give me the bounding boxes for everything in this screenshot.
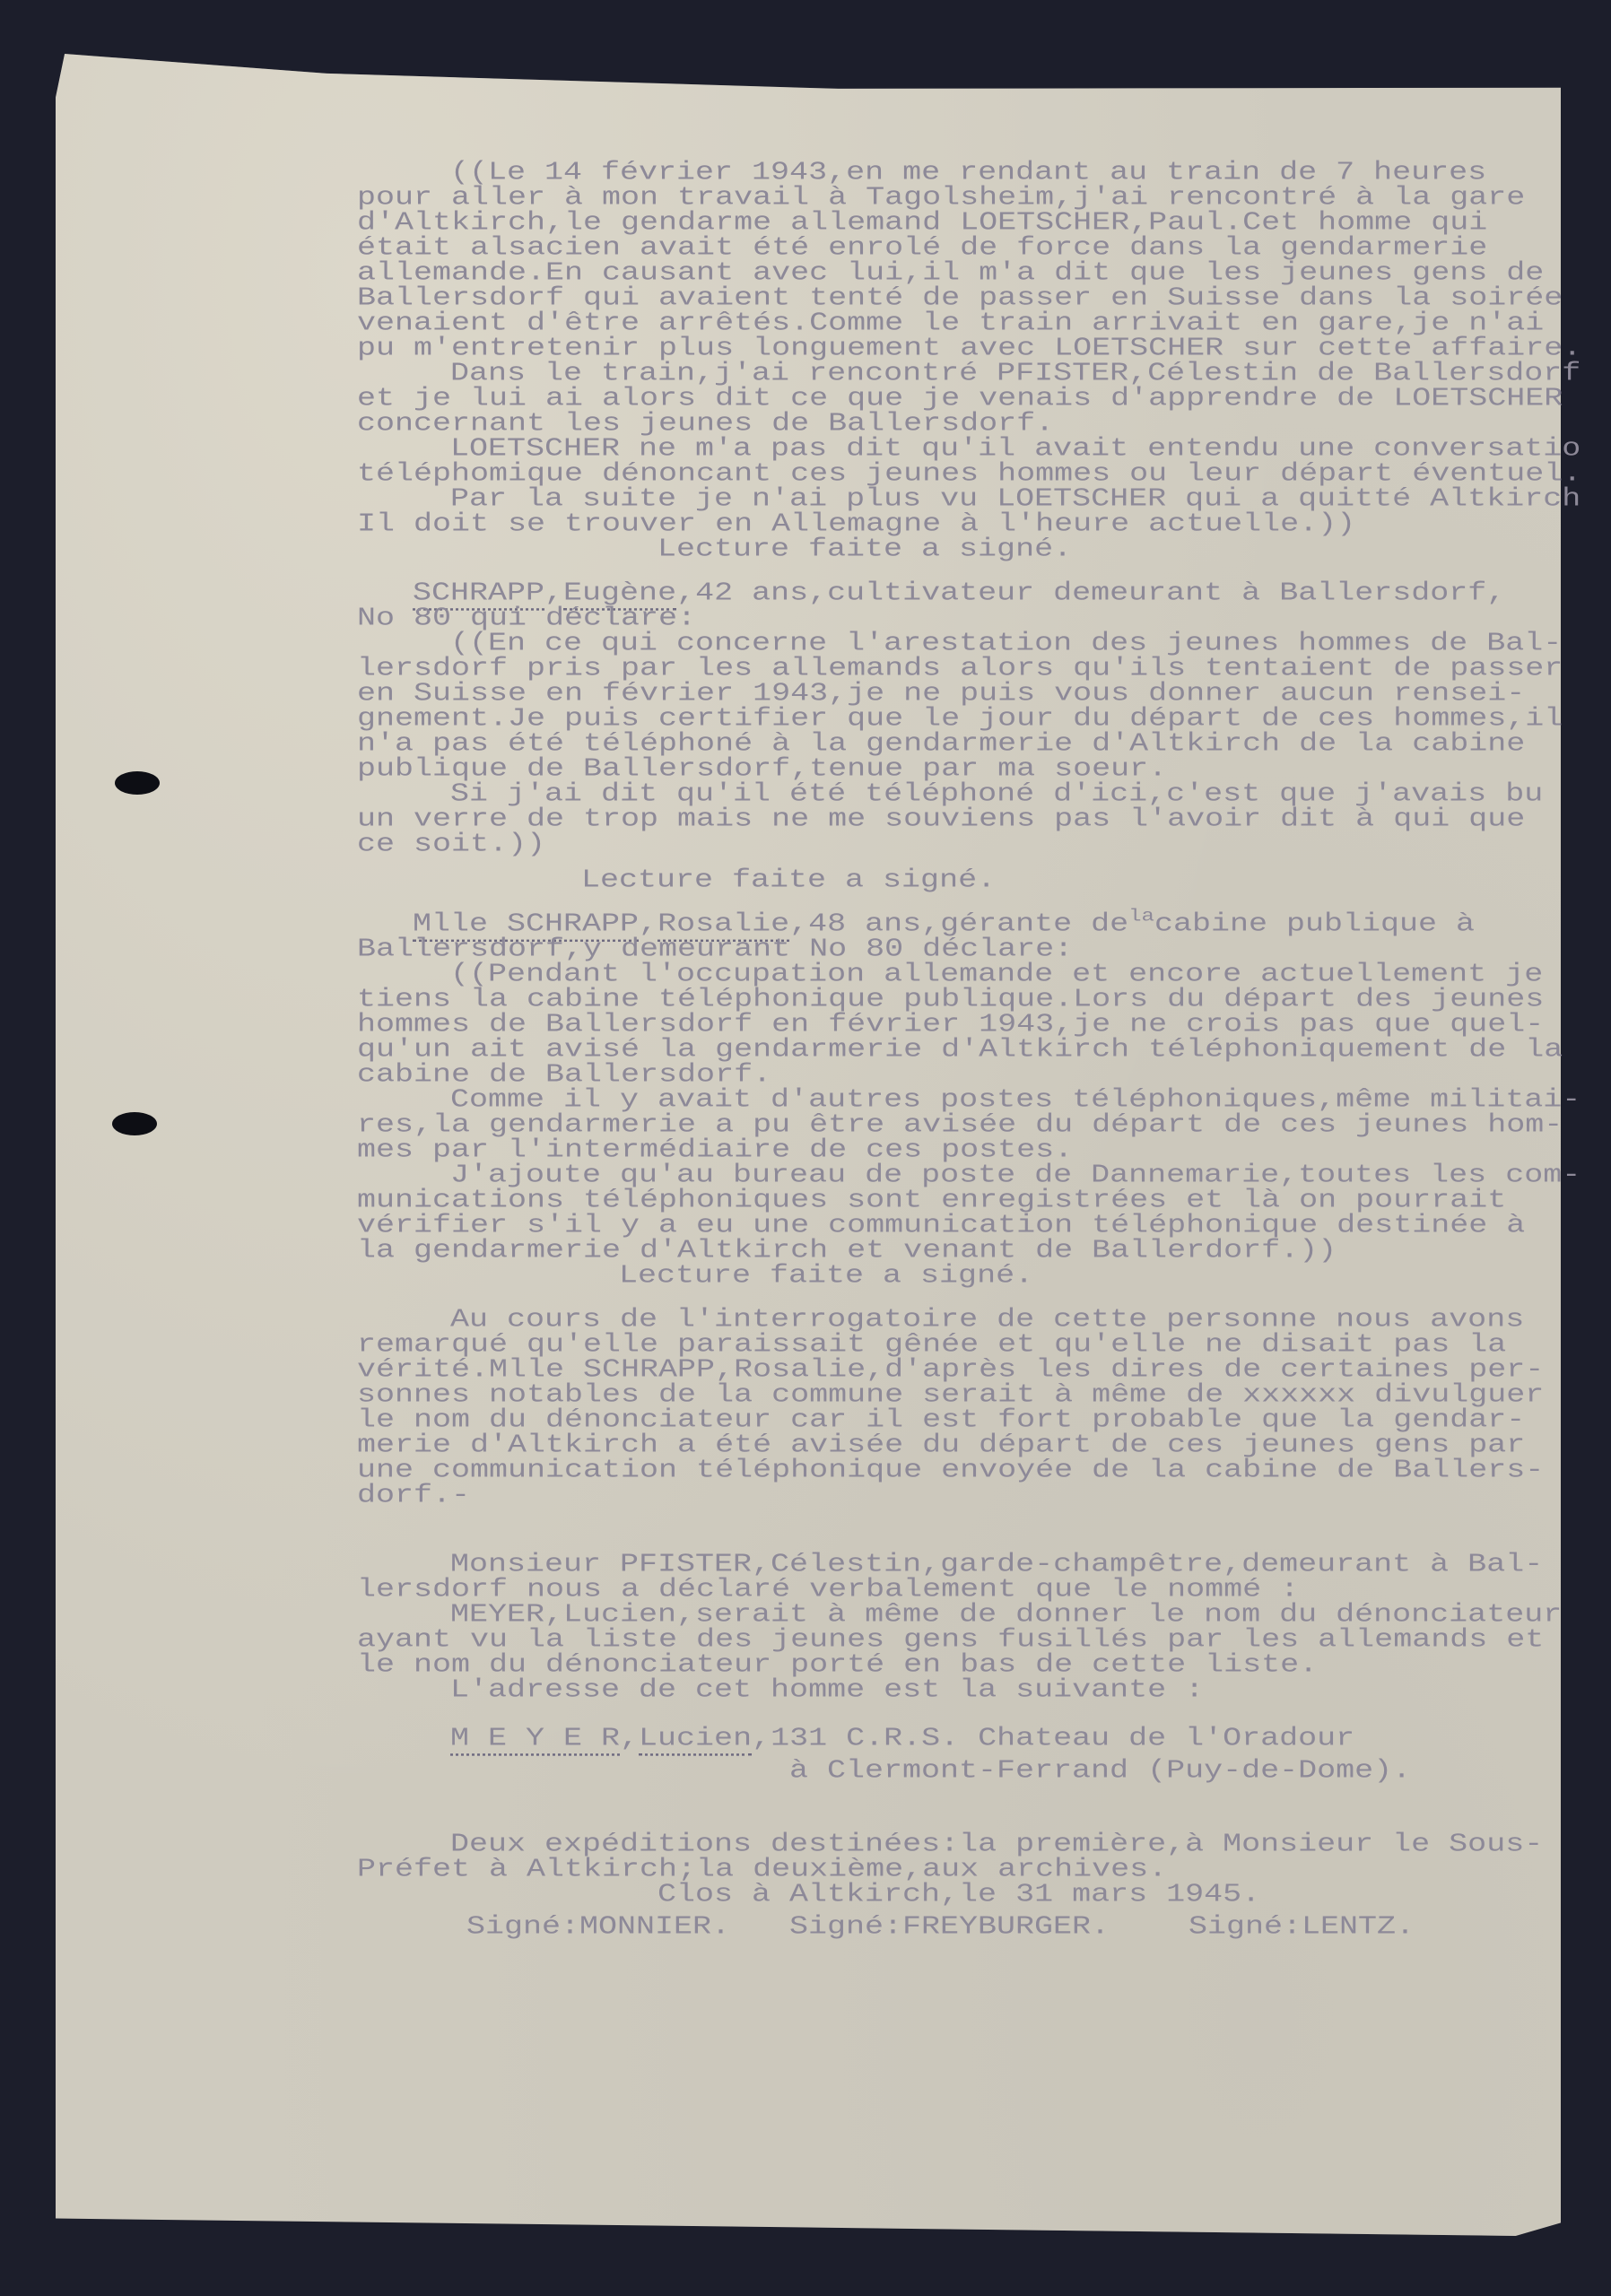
- text-line: merie d'Altkirch a été avisée du départ …: [357, 1435, 1525, 1456]
- text-line: un verre de trop mais ne me souviens pas…: [357, 809, 1525, 830]
- text-line: L'adresse de cet homme est la suivante :: [450, 1680, 1204, 1700]
- text-line: venaient d'être arrêtés.Comme le train a…: [357, 313, 1544, 334]
- signature-lentz: Signé:LENTZ.: [1189, 1917, 1415, 1937]
- text-line: le nom du dénonciateur car il est fort p…: [357, 1410, 1525, 1431]
- text-line: munications téléphoniques sont enregistr…: [357, 1190, 1506, 1211]
- witness-header-rest: cabine publique à: [1154, 909, 1475, 939]
- text-line: allemande.En causant avec lui,il m'a dit…: [357, 263, 1544, 283]
- text-line: publique de Ballersdorf,tenue par ma soe…: [357, 759, 1167, 779]
- superscript-insertion: la: [1128, 907, 1154, 926]
- text-line: Préfet à Altkirch;la deuxième,aux archiv…: [357, 1859, 1167, 1880]
- text-line: Si j'ai dit qu'il été téléphoné d'ici,c'…: [450, 784, 1543, 804]
- text-line: d'Altkirch,le gendarme allemand LOETSCHE…: [357, 213, 1487, 233]
- text-line: lersdorf pris par les allemands alors qu…: [357, 658, 1563, 679]
- text-line: ce soit.)): [357, 834, 545, 855]
- text-line: téléphomique dénoncant ces jeunes hommes…: [357, 464, 1581, 484]
- text-line: mes par l'intermédiaire de ces postes.: [357, 1140, 1073, 1161]
- text-line: en Suisse en février 1943,je ne puis vou…: [357, 683, 1525, 704]
- text-line: Ballersdorf,y demeurant No 80 déclare:: [357, 939, 1073, 960]
- text-line: ((En ce qui concerne l'arestation des je…: [450, 633, 1562, 654]
- text-line: gnement.Je puis certifier que le jour du…: [357, 709, 1563, 729]
- text-line: No 80 qui déclare:: [357, 608, 696, 629]
- closing-date: Clos à Altkirch,le 31 mars 1945.: [657, 1884, 1260, 1905]
- text-line: ayant vu la liste des jeunes gens fusill…: [357, 1630, 1544, 1650]
- text-line: sonnes notables de la commune serait à m…: [357, 1385, 1544, 1405]
- text-line: le nom du dénonciateur porté en bas de c…: [357, 1655, 1318, 1675]
- text-line: était alsacien avait été enrolé de force…: [357, 238, 1487, 258]
- text-line: Ballersdorf qui avaient tenté de passer …: [357, 288, 1563, 309]
- text-line: ((Le 14 février 1943,en me rendant au tr…: [450, 162, 1486, 183]
- text-line: concernant les jeunes de Ballersdorf.: [357, 413, 1054, 434]
- address-line-2: à Clermont-Ferrand (Puy-de-Dome).: [789, 1761, 1411, 1781]
- text-line: dorf.-: [357, 1485, 470, 1506]
- text-line: Monsieur PFISTER,Célestin,garde-champêtr…: [450, 1554, 1543, 1575]
- text-line: qu'un ait avisé la gendarmerie d'Altkirc…: [357, 1039, 1563, 1060]
- lecture-faite-signe: Lecture faite a signé.: [619, 1265, 1033, 1286]
- punch-hole-bottom: [112, 1112, 157, 1135]
- text-line: pu m'entretenir plus longuement avec LOE…: [357, 338, 1581, 359]
- text-line: hommes de Ballersdorf en février 1943,je…: [357, 1014, 1544, 1035]
- text-line: et je lui ai alors dit ce que je venais …: [357, 388, 1563, 409]
- witness-header-rest: ,42 ans,cultivateur demeurant à Ballersd…: [676, 578, 1505, 608]
- text-line: J'ajoute qu'au bureau de poste de Dannem…: [450, 1165, 1581, 1186]
- text-line: lersdorf nous a déclaré verbalement que …: [357, 1579, 1299, 1600]
- text-line: la gendarmerie d'Altkirch et venant de B…: [357, 1240, 1337, 1261]
- signature-freyburger: Signé:FREYBURGER.: [789, 1917, 1110, 1937]
- text-line: cabine de Ballersdorf.: [357, 1065, 771, 1085]
- address-rest: ,131 C.R.S. Chateau de l'Oradour: [752, 1724, 1354, 1753]
- text-line: Deux expéditions destinées:la première,à…: [450, 1834, 1543, 1855]
- text-line: Comme il y avait d'autres postes télépho…: [450, 1090, 1581, 1110]
- text-line: Dans le train,j'ai rencontré PFISTER,Cél…: [450, 363, 1581, 384]
- text-line: vérité.Mlle SCHRAPP,Rosalie,d'après les …: [357, 1360, 1544, 1380]
- lecture-faite-signe: Lecture faite a signé.: [581, 870, 996, 891]
- text-line: tiens la cabine téléphonique publique.Lo…: [357, 989, 1544, 1010]
- text-line: LOETSCHER ne m'a pas dit qu'il avait ent…: [450, 439, 1581, 459]
- address-surname: M E Y E R: [450, 1724, 620, 1756]
- address-line-1: M E Y E R,Lucien,131 C.R.S. Chateau de l…: [450, 1728, 1354, 1749]
- text-line: ((Pendant l'occupation allemande et enco…: [450, 964, 1543, 985]
- text-line: res,la gendarmerie a pu être avisée du d…: [357, 1115, 1563, 1135]
- lecture-faite-signe: Lecture faite a signé.: [657, 539, 1072, 560]
- text-line: Au cours de l'interrogatoire de cette pe…: [450, 1309, 1524, 1330]
- signature-monnier: Signé:MONNIER.: [466, 1917, 730, 1937]
- text-line: n'a pas été téléphoné à la gendarmerie d…: [357, 734, 1525, 754]
- witness-header: SCHRAPP,Eugène,42 ans,cultivateur demeur…: [413, 583, 1505, 604]
- address-firstname: Lucien: [639, 1724, 752, 1756]
- text-line: MEYER,Lucien,serait à même de donner le …: [450, 1605, 1562, 1625]
- text-line: remarqué qu'elle paraissait gênée et qu'…: [357, 1335, 1506, 1355]
- text-line: Par la suite je n'ai plus vu LOETSCHER q…: [450, 489, 1581, 509]
- text-line: une communication téléphonique envoyée d…: [357, 1460, 1544, 1481]
- text-line: pour aller à mon travail à Tagolsheim,j'…: [357, 187, 1525, 208]
- text-line: vérifier s'il y a eu une communication t…: [357, 1215, 1525, 1236]
- text-line: Il doit se trouver en Allemagne à l'heur…: [357, 514, 1355, 535]
- punch-hole-top: [115, 771, 160, 795]
